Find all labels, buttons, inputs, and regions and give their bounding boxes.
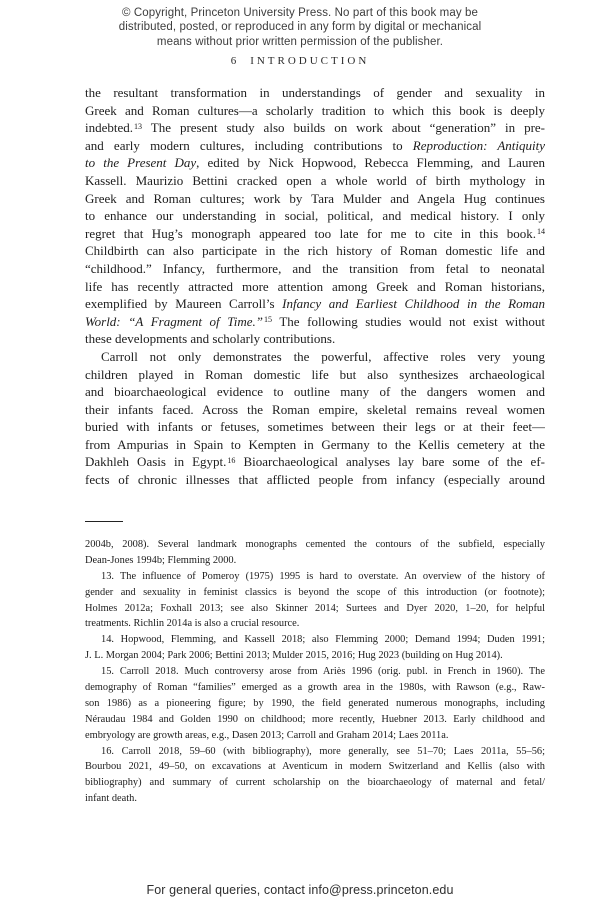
footnote-reference: 16 <box>227 456 235 465</box>
footnote-reference: 13 <box>134 122 142 131</box>
text-line: and bioarchaeological evidence to outlin… <box>85 383 545 401</box>
text-line: indebted.13 The present study also build… <box>85 119 545 137</box>
text-line: to enhance our understanding in social, … <box>85 207 545 225</box>
text-line: the resultant transformation in understa… <box>85 84 545 102</box>
text-line: demography of Roman “families” emerged a… <box>85 680 545 696</box>
running-head: 6INTRODUCTION <box>0 55 600 67</box>
text-line: gender and sexuality in feminist classic… <box>85 585 545 601</box>
copyright-line: means without prior written permission o… <box>0 35 600 49</box>
text-line: Childbirth can also participate in the r… <box>85 242 545 260</box>
text-line: Holmes 2012a; Foxhall 2013; see also Ski… <box>85 601 545 617</box>
footnote-reference: 14 <box>537 227 545 236</box>
text-line: World: “A Fragment of Time.”15 The follo… <box>85 313 545 331</box>
text-line: Greek and Roman cultures—a scholarly tra… <box>85 102 545 120</box>
text-line: bibliography) and summary of current sch… <box>85 775 545 791</box>
page-footer-queries: For general queries, contact info@press.… <box>0 883 600 897</box>
text-line: infant death. <box>85 791 545 807</box>
text-line: “childhood.” Infancy, furthermore, and t… <box>85 260 545 278</box>
text-line: treatments. Richlin 2014a is also a cruc… <box>85 616 545 632</box>
book-page: © Copyright, Princeton University Press.… <box>0 0 600 906</box>
text-line: Greek and Roman cultures; work by Tara M… <box>85 190 545 208</box>
text-line: from Ampurias in Spain to Kempten in Ger… <box>85 436 545 454</box>
text-line: 15. Carroll 2018. Much controversy arose… <box>85 664 545 680</box>
footnote-divider <box>85 521 123 522</box>
text-line: children played in Roman domestic life b… <box>85 366 545 384</box>
text-line: buried with infants or fetuses, sometime… <box>85 418 545 436</box>
text-line: Carroll not only demonstrates the powerf… <box>85 348 545 366</box>
text-line: J. L. Morgan 2004; Park 2006; Bettini 20… <box>85 648 545 664</box>
text-line: these developments and scholarly contrib… <box>85 330 545 348</box>
body-text: the resultant transformation in understa… <box>85 84 545 489</box>
text-line: Dean-Jones 1994b; Flemming 2000. <box>85 553 545 569</box>
copyright-line: distributed, posted, or reproduced in an… <box>0 20 600 34</box>
text-line: 13. The influence of Pomeroy (1975) 1995… <box>85 569 545 585</box>
text-line: 14. Hopwood, Flemming, and Kassell 2018;… <box>85 632 545 648</box>
copyright-notice: © Copyright, Princeton University Press.… <box>0 6 600 49</box>
text-line: Kassell. Maurizio Bettini cracked open a… <box>85 172 545 190</box>
text-line: fects of chronic illnesses that afflicte… <box>85 471 545 489</box>
text-line: son 1986) as a pioneering figure; by 199… <box>85 696 545 712</box>
text-line: regret that Hug’s monograph appeared too… <box>85 225 545 243</box>
text-line: their infants faced. Across the Roman em… <box>85 401 545 419</box>
text-line: and early modern cultures, including con… <box>85 137 545 155</box>
footnote-reference: 15 <box>264 315 272 324</box>
text-line: 2004b, 2008). Several landmark monograph… <box>85 537 545 553</box>
footnotes: 2004b, 2008). Several landmark monograph… <box>85 537 545 807</box>
copyright-line: © Copyright, Princeton University Press.… <box>0 6 600 20</box>
text-line: embryology are growth areas, e.g., Dasen… <box>85 728 545 744</box>
text-line: to the Present Day, edited by Nick Hopwo… <box>85 154 545 172</box>
section-title: INTRODUCTION <box>250 55 369 67</box>
text-line: Dakhleh Oasis in Egypt.16 Bioarchaeologi… <box>85 453 545 471</box>
text-line: exemplified by Maureen Carroll’s Infancy… <box>85 295 545 313</box>
page-number: 6 <box>231 55 237 67</box>
text-line: Bourbou 2021, 49–50, on excavations at A… <box>85 759 545 775</box>
text-line: life has recently attracted more attenti… <box>85 278 545 296</box>
text-line: Néraudau 1984 and Golden 1990 on childho… <box>85 712 545 728</box>
text-line: 16. Carroll 2018, 59–60 (with bibliograp… <box>85 744 545 760</box>
